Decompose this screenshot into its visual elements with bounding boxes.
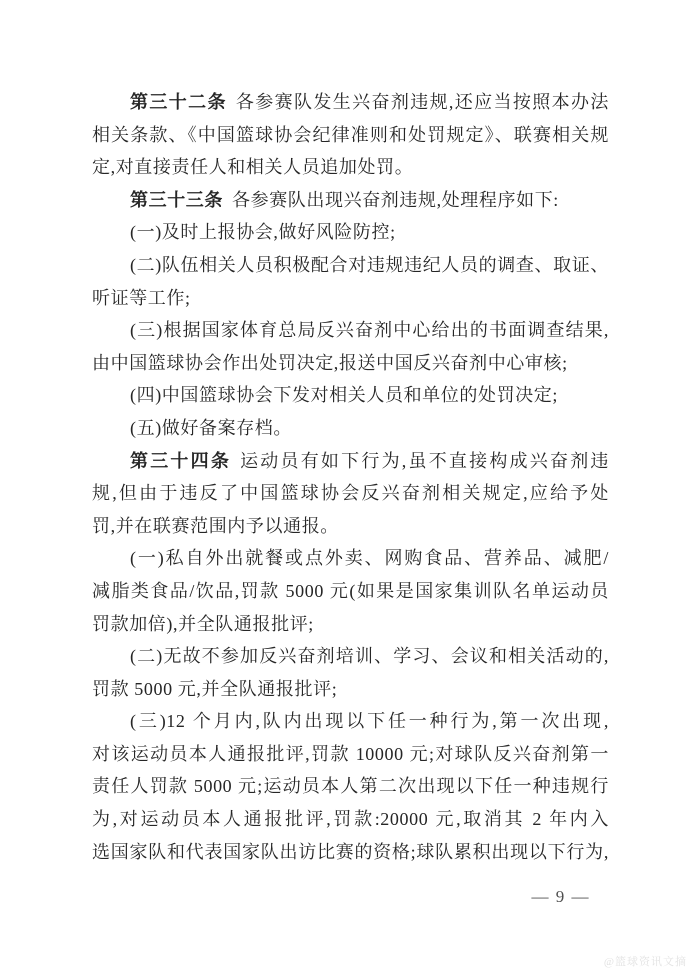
line-text: 定,对直接责任人和相关人员追加处罚。 [92,157,413,177]
text-line: 责任人罚款 5000 元;运动员本人第二次出现以下任一种违规行 [92,770,609,803]
text-line: 第三十二条各参赛队发生兴奋剂违规,还应当按照本办法 [92,86,609,119]
line-text: 运动员有如下行为,虽不直接构成兴奋剂违 [240,451,609,471]
text-line: 第三十三条各参赛队出现兴奋剂违规,处理程序如下: [92,184,609,217]
line-text: 选国家队和代表国家队出访比赛的资格;球队累积出现以下行为, [92,842,609,862]
text-line: (四)中国篮球协会下发对相关人员和单位的处罚决定; [92,379,609,412]
text-line: 听证等工作; [92,282,609,315]
text-line: 罚,并在联赛范围内予以通报。 [92,510,609,543]
line-text: 罚款加倍),并全队通报批评; [92,614,314,634]
line-text: 各参赛队发生兴奋剂违规,还应当按照本办法 [236,92,609,112]
text-line: 为,对运动员本人通报批评,罚款:20000 元,取消其 2 年内入 [92,803,609,836]
line-text: (五)做好备案存档。 [130,418,292,438]
text-line: 减脂类食品/饮品,罚款 5000 元(如果是国家集训队名单运动员 [92,575,609,608]
line-text: (三)根据国家体育总局反兴奋剂中心给出的书面调查结果, [130,320,609,340]
text-line: 相关条款、《中国篮球协会纪律准则和处罚规定》、联赛相关规 [92,119,609,152]
page-number: — 9 — [532,887,591,907]
text-line: (三)12 个月内,队内出现以下任一种行为,第一次出现, [92,705,609,738]
article-heading: 第三十二条 [130,92,227,112]
line-text: (一)及时上报协会,做好风险防控; [130,222,396,242]
line-text: (四)中国篮球协会下发对相关人员和单位的处罚决定; [130,385,558,405]
text-line: 罚款 5000 元,并全队通报批评; [92,673,609,706]
article-heading: 第三十三条 [130,190,223,210]
line-text: (二)队伍相关人员积极配合对违规违纪人员的调查、取证、 [130,255,609,275]
text-line: (五)做好备案存档。 [92,412,609,445]
line-text: 罚款 5000 元,并全队通报批评; [92,679,337,699]
line-text: (二)无故不参加反兴奋剂培训、学习、会议和相关活动的, [130,646,609,666]
text-line: 对该运动员本人通报批评,罚款 10000 元;对球队反兴奋剂第一 [92,738,609,771]
text-line: 定,对直接责任人和相关人员追加处罚。 [92,151,609,184]
text-line: (一)及时上报协会,做好风险防控; [92,216,609,249]
document-page: 第三十二条各参赛队发生兴奋剂违规,还应当按照本办法相关条款、《中国篮球协会纪律准… [0,0,690,976]
text-line: 第三十四条运动员有如下行为,虽不直接构成兴奋剂违 [92,445,609,478]
watermark: @篮球资讯文摘 [604,953,687,969]
line-text: 听证等工作; [92,288,191,308]
text-line: 由中国篮球协会作出处罚决定,报送中国反兴奋剂中心审核; [92,347,609,380]
text-line: (三)根据国家体育总局反兴奋剂中心给出的书面调查结果, [92,314,609,347]
line-text: (一)私自外出就餐或点外卖、网购食品、营养品、减肥/ [130,548,609,568]
line-text: 对该运动员本人通报批评,罚款 10000 元;对球队反兴奋剂第一 [92,744,609,764]
line-text: 由中国篮球协会作出处罚决定,报送中国反兴奋剂中心审核; [92,353,568,373]
line-text: (三)12 个月内,队内出现以下任一种行为,第一次出现, [130,711,609,731]
text-line: 罚款加倍),并全队通报批评; [92,608,609,641]
text-line: 规,但由于违反了中国篮球协会反兴奋剂相关规定,应给予处 [92,477,609,510]
text-line: (一)私自外出就餐或点外卖、网购食品、营养品、减肥/ [92,542,609,575]
article-heading: 第三十四条 [130,451,231,471]
line-text: 为,对运动员本人通报批评,罚款:20000 元,取消其 2 年内入 [92,809,609,829]
document-body: 第三十二条各参赛队发生兴奋剂违规,还应当按照本办法相关条款、《中国篮球协会纪律准… [92,86,609,868]
line-text: 各参赛队出现兴奋剂违规,处理程序如下: [232,190,559,210]
line-text: 规,但由于违反了中国篮球协会反兴奋剂相关规定,应给予处 [92,483,609,503]
text-line: (二)无故不参加反兴奋剂培训、学习、会议和相关活动的, [92,640,609,673]
line-text: 罚,并在联赛范围内予以通报。 [92,516,339,536]
line-text: 相关条款、《中国篮球协会纪律准则和处罚规定》、联赛相关规 [92,125,609,145]
line-text: 减脂类食品/饮品,罚款 5000 元(如果是国家集训队名单运动员 [92,581,609,601]
text-line: (二)队伍相关人员积极配合对违规违纪人员的调查、取证、 [92,249,609,282]
line-text: 责任人罚款 5000 元;运动员本人第二次出现以下任一种违规行 [92,776,609,796]
text-line: 选国家队和代表国家队出访比赛的资格;球队累积出现以下行为, [92,836,609,869]
